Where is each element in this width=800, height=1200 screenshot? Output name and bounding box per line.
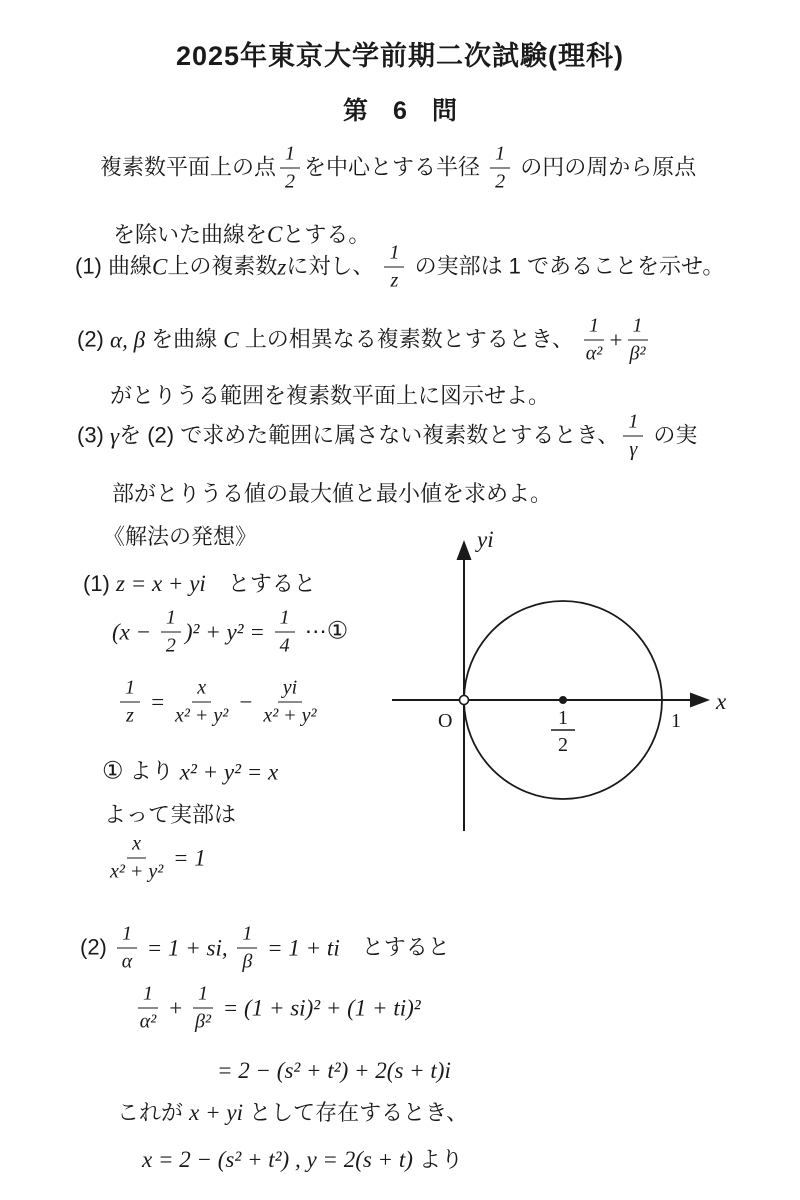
question-3-line2: 部がとりうる値の最大値と最小値を求めよ。 xyxy=(112,481,552,507)
solution-2-xy-equation: x = 2 − (s² + t²) , y = 2(s + t) より xyxy=(142,1146,463,1174)
exam-title: 2025年東京大学前期二次試験(理科) xyxy=(0,40,800,72)
exam-page: 2025年東京大学前期二次試験(理科) 第 6 問 複素数平面上の点12を中心と… xyxy=(0,0,800,1200)
solution-1-intro: (1) z = x + yi とすると xyxy=(83,570,316,598)
fraction: xx² + y² xyxy=(110,832,163,885)
fraction: yix² + y² xyxy=(263,676,316,729)
solution-heading: 《解法の発想》 xyxy=(103,524,257,550)
problem-number: 第 6 問 xyxy=(0,96,800,126)
center-fraction-denominator: 2 xyxy=(558,734,568,756)
question-2-line1: (2) α, β を曲線 C 上の相異なる複素数とするとき、 1α²+1β² xyxy=(77,314,652,367)
solution-1-reciprocal-equation: 1z = xx² + y² − yix² + y² xyxy=(116,676,321,729)
unit-tick-label: 1 xyxy=(671,710,681,732)
question-1: (1) 曲線C上の複素数zに対し、 1z の実部は 1 であることを示せ。 xyxy=(75,241,724,294)
solution-1-real-part-equation: xx² + y² = 1 xyxy=(106,832,206,885)
solution-2-intro: (2) 1α = 1 + si, 1β = 1 + ti とすると xyxy=(80,922,450,975)
solution-1-from-equation-1: ① より x² + y² = x xyxy=(102,758,278,787)
fraction: 12 xyxy=(280,142,300,195)
complex-plane-diagram: yi x O 1 1 2 xyxy=(380,520,800,840)
fraction: 1α xyxy=(117,922,137,975)
solution-2-expanded-equation: = 2 − (s² + t²) + 2(s + t)i xyxy=(217,1057,451,1085)
fraction: 1z xyxy=(120,676,140,729)
problem-statement-line1: 複素数平面上の点12を中心とする半径 12 の円の周から原点 xyxy=(100,142,696,195)
fraction: 1α² xyxy=(138,982,158,1035)
x-axis-label: x xyxy=(715,689,727,714)
fraction: 12 xyxy=(161,606,181,659)
solution-2-exists-text: これが x + yi として存在するとき、 xyxy=(117,1099,468,1127)
fraction: 1z xyxy=(384,241,404,294)
origin-excluded-point xyxy=(460,696,469,705)
question-2-line2: がとりうる範囲を複素数平面上に図示せよ。 xyxy=(110,383,550,409)
fraction: 14 xyxy=(275,606,295,659)
y-axis-arrow-icon xyxy=(457,540,472,560)
solution-1-real-part-text: よって実部は xyxy=(104,802,236,828)
question-3-line1: (3) γを (2) で求めた範囲に属さない複素数とするとき、1γ の実 xyxy=(77,410,697,463)
x-axis-arrow-icon xyxy=(690,693,710,708)
fraction: 1β² xyxy=(193,982,213,1035)
y-axis-label: yi xyxy=(475,527,494,552)
fraction: 1γ xyxy=(623,410,643,463)
problem-number-text: 第 6 問 xyxy=(343,96,457,126)
solution-1-circle-equation: (x − 12)² + y² = 14 ⋯① xyxy=(112,606,348,659)
solution-2-sum-equation: 1α² + 1β² = (1 + si)² + (1 + ti)² xyxy=(134,982,421,1035)
fraction: 12 xyxy=(490,142,510,195)
origin-label: O xyxy=(438,710,452,732)
exam-title-text: 2025年東京大学前期二次試験(理科) xyxy=(176,40,624,72)
fraction: 1α² xyxy=(584,314,604,367)
fraction: 1β xyxy=(237,922,257,975)
center-point xyxy=(559,696,567,704)
center-fraction-numerator: 1 xyxy=(558,707,568,729)
fraction: 1β² xyxy=(628,314,648,367)
fraction: xx² + y² xyxy=(175,676,228,729)
